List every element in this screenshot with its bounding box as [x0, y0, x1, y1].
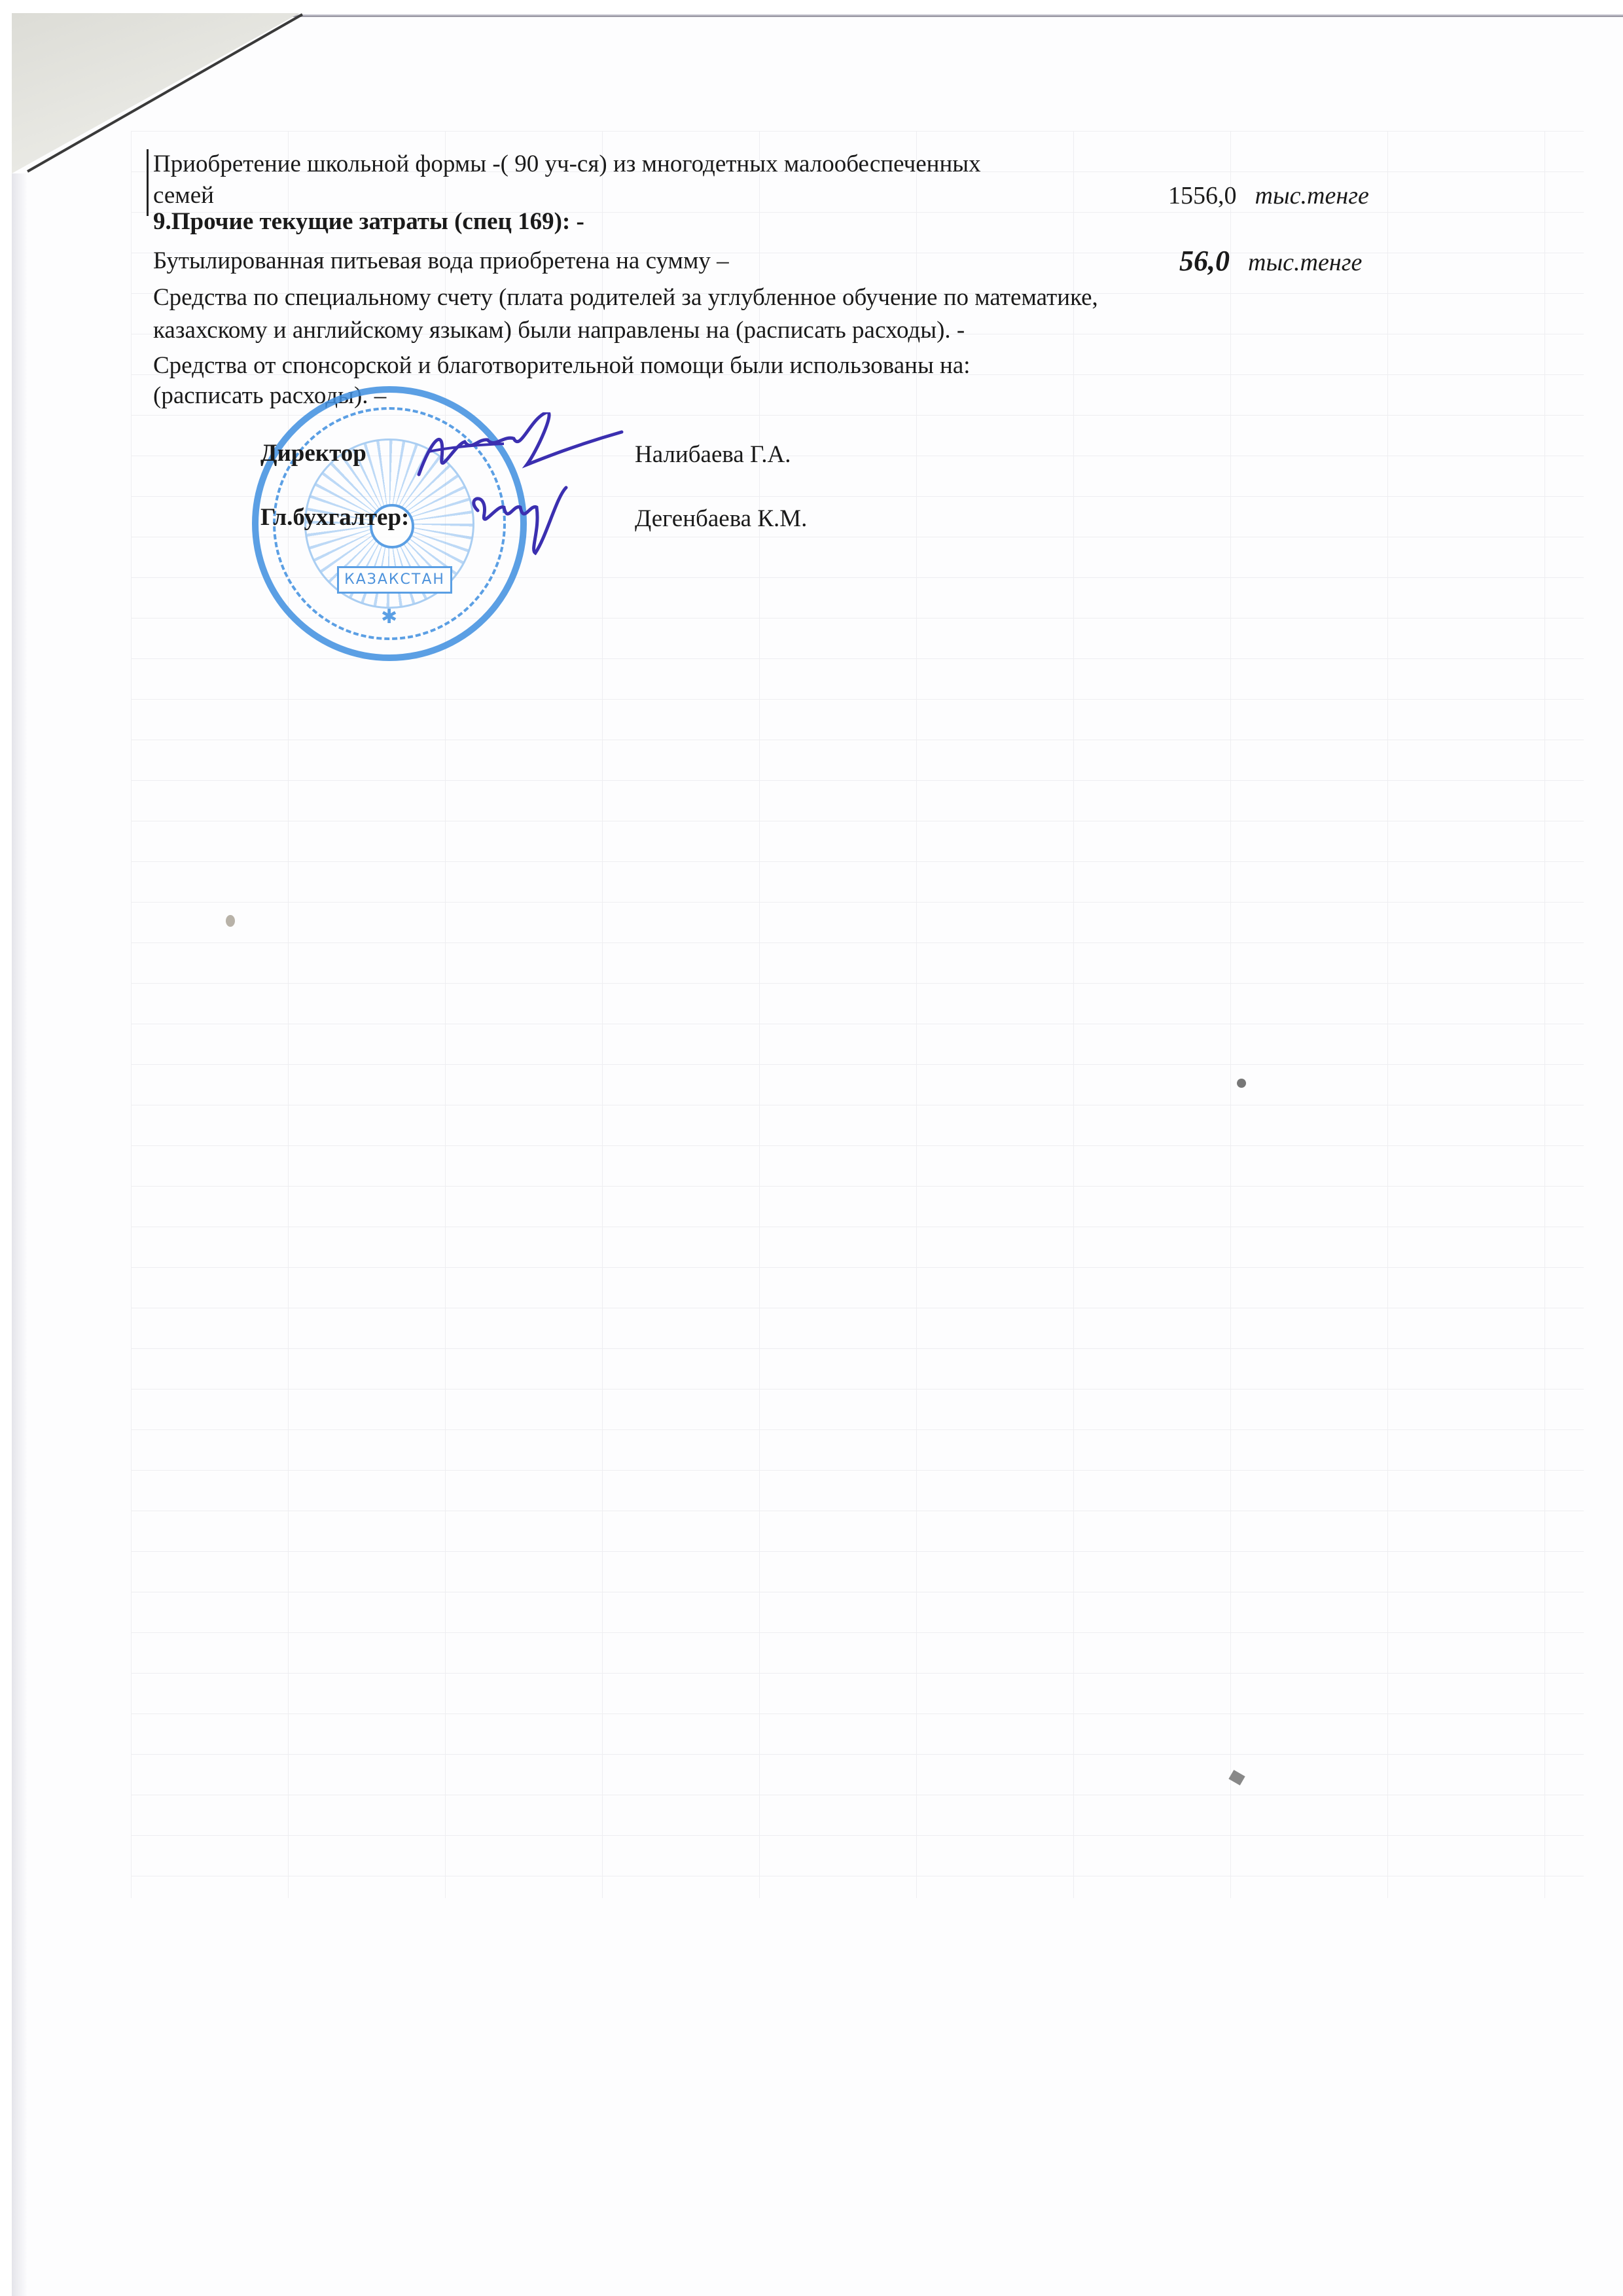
director-name: Налибаева Г.А. [635, 440, 791, 470]
scanner-background [0, 0, 12, 2296]
amount-unit: тыс.тенге [1248, 249, 1362, 276]
section-9-heading: 9.Прочие текущие затраты (спец 169): - [153, 207, 584, 237]
amount-value: 1556,0 [1168, 181, 1237, 211]
director-role: Директор [260, 439, 366, 469]
sponsorship-line1: Средства от спонсорской и благотворитель… [153, 351, 971, 381]
paper-top-edge [288, 14, 1623, 17]
paper-left-shadow [12, 173, 27, 2296]
item-school-uniform-line1: Приобретение школьной формы -( 90 уч-ся)… [153, 149, 981, 179]
stamp-ribbon: КАЗАКСТАН [337, 566, 452, 594]
special-account-line1: Средства по специальному счету (плата ро… [153, 283, 1098, 313]
accountant-name: Дегенбаева К.М. [635, 504, 807, 534]
margin-bar [147, 149, 149, 216]
accountant-signature [458, 484, 576, 556]
scan-speck [1237, 1079, 1246, 1088]
school-uniform-amount: 1556,0тыс.тенге [1168, 181, 1369, 211]
water-amount: 56,0тыс.тенге [1179, 246, 1362, 278]
special-account-line2: казахскому и английскому языкам) были на… [153, 315, 965, 346]
stamp-star-icon: ✱ [381, 605, 397, 628]
amount-unit: тыс.тенге [1255, 182, 1369, 209]
scan-speck [226, 915, 235, 927]
accountant-role: Гл.бухгалтер: [260, 503, 409, 533]
water-text: Бутылированная питьевая вода приобретена… [153, 246, 729, 276]
amount-value: 56,0 [1179, 246, 1230, 276]
director-signature [406, 412, 628, 491]
